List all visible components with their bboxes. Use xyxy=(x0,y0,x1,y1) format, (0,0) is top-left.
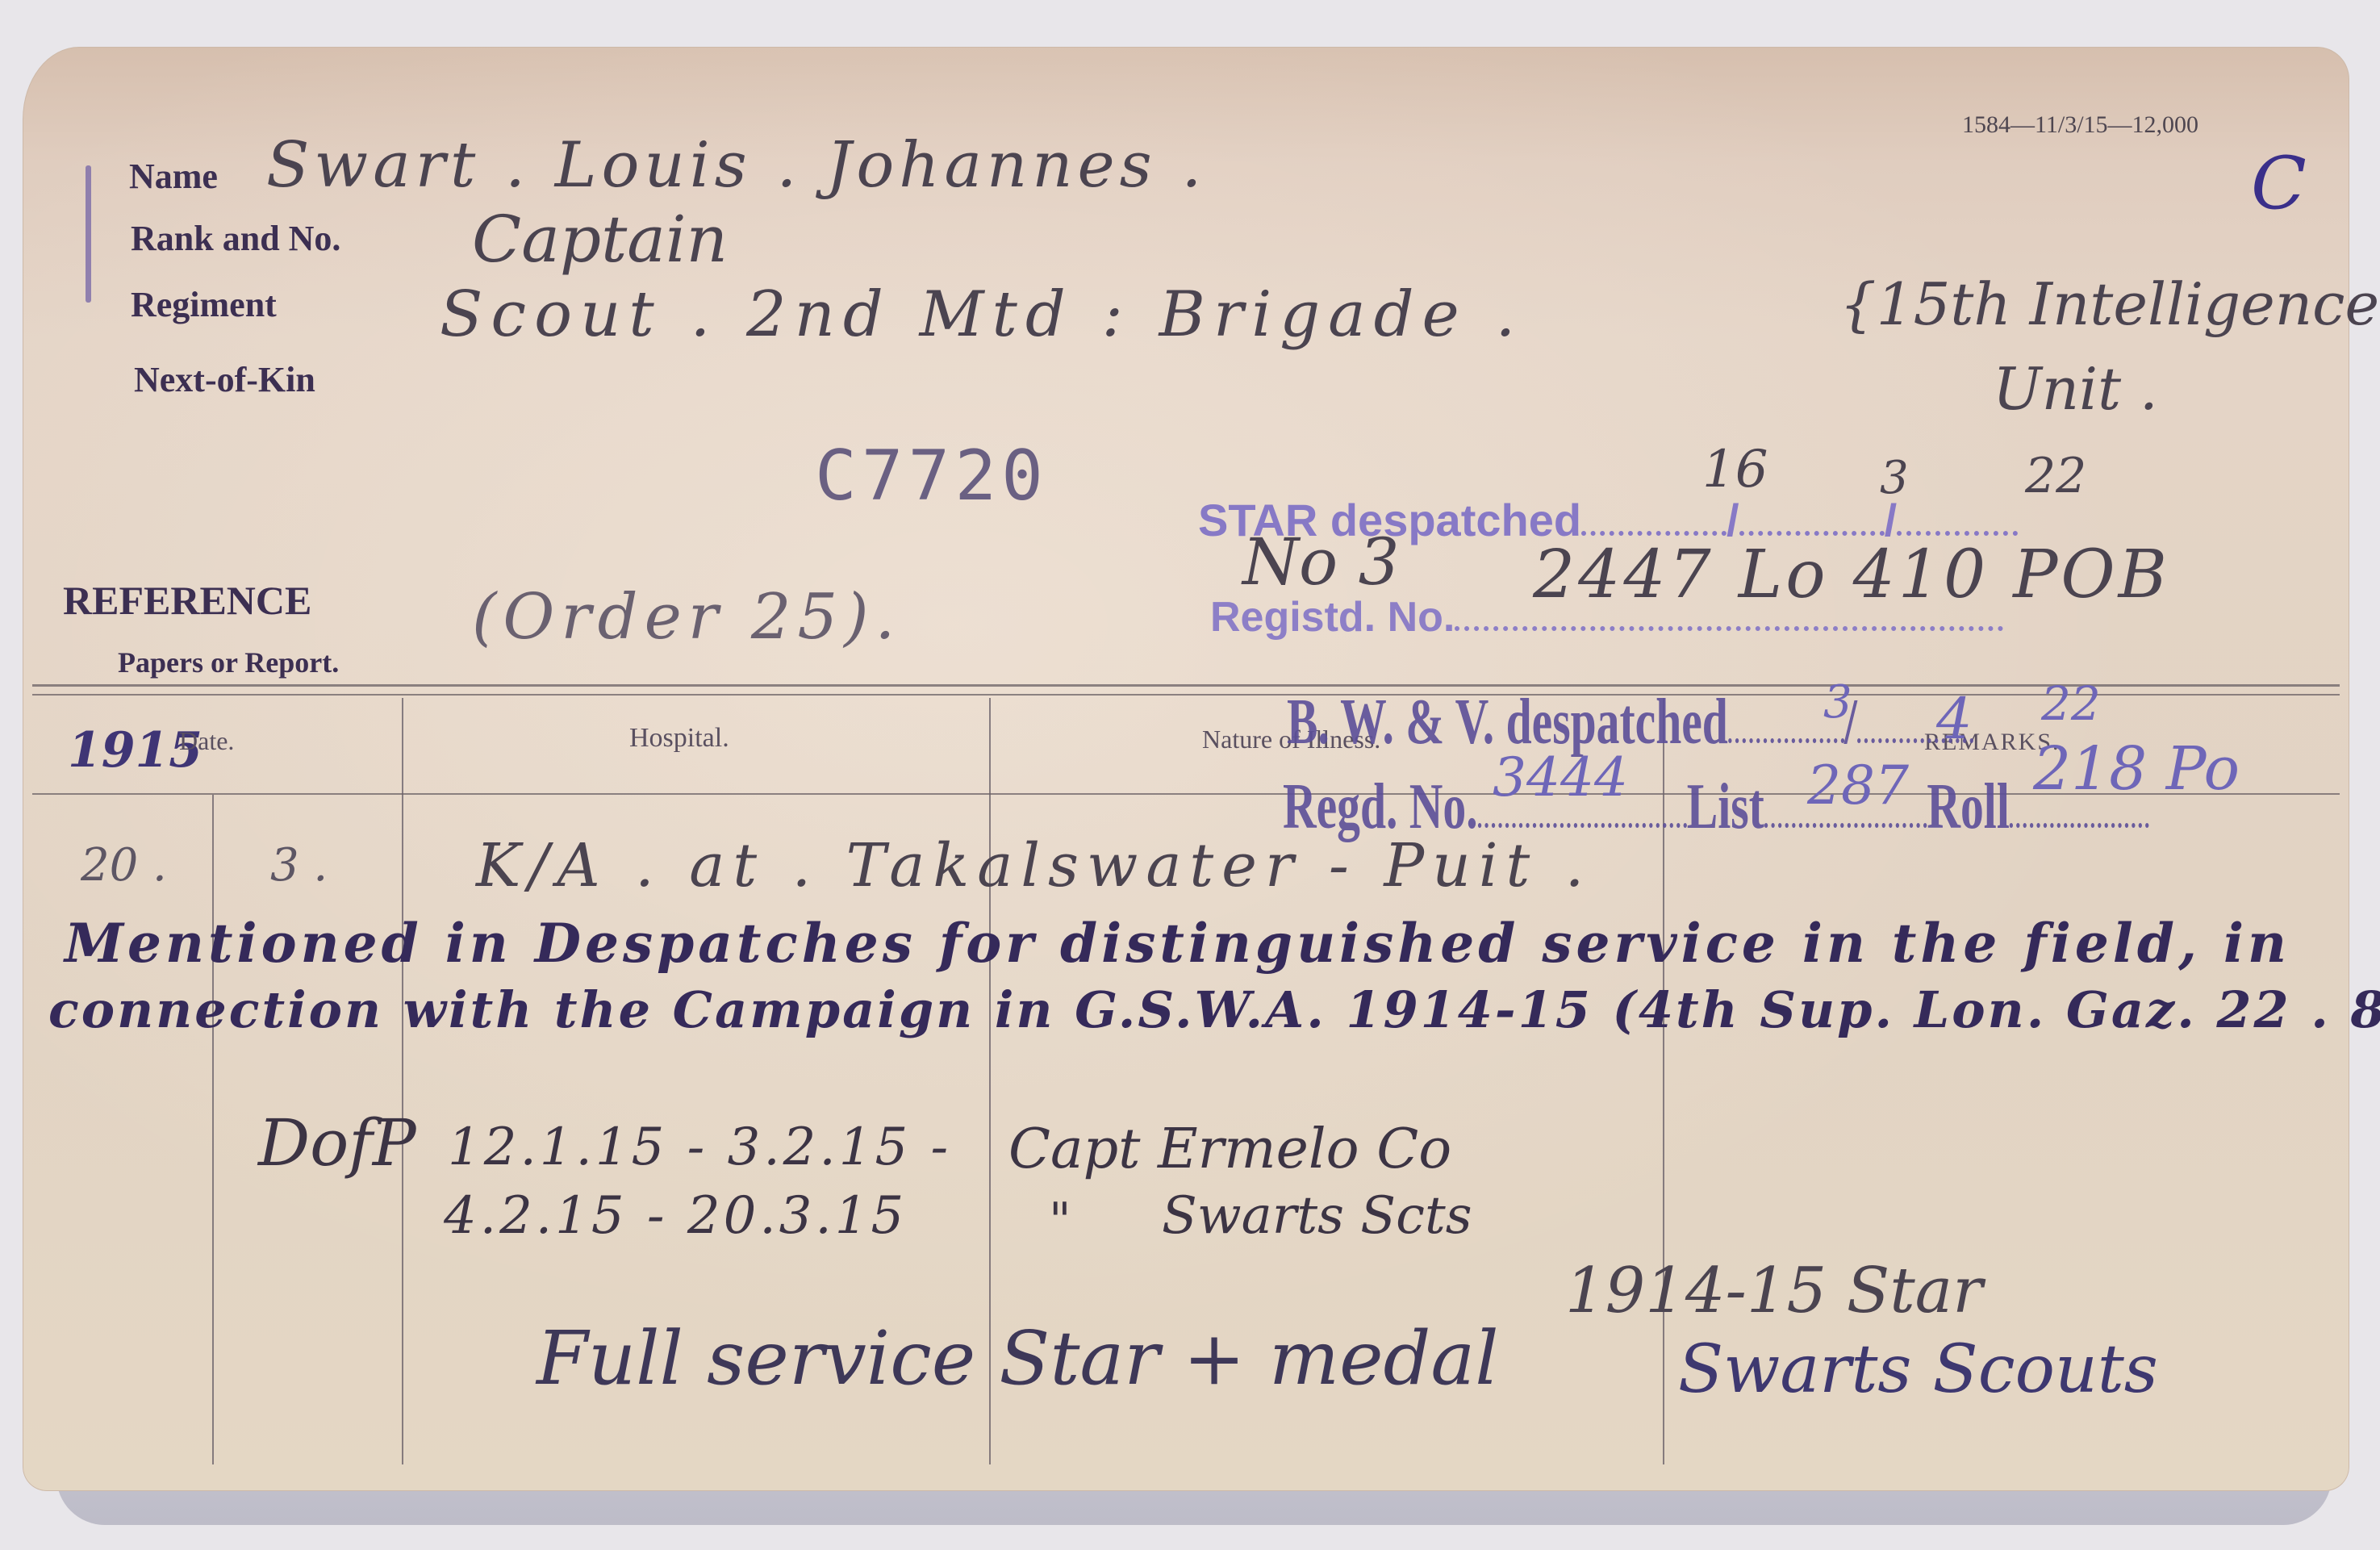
regiment-note-line1: {15th Intelligence xyxy=(1839,270,2379,338)
bwv-despatched-stamp: B. W. & V. despatched/ xyxy=(1287,686,1973,759)
rank-label: Rank and No. xyxy=(131,218,340,259)
margin-ink-line xyxy=(86,165,91,303)
bwv-roll-label: Roll xyxy=(1927,771,2009,842)
regiment-value: Scout . 2nd Mtd : Brigade . xyxy=(440,278,1523,351)
section-divider-bottom xyxy=(32,694,2340,696)
registd-value: 2447 Lo 410 POB xyxy=(1533,537,2170,613)
bwv-list-value: 287 xyxy=(1807,754,1909,817)
service2-ditto: " xyxy=(1049,1193,1071,1249)
service2-dates: 4.2.15 - 20.3.15 xyxy=(444,1186,907,1246)
regiment-label: Regiment xyxy=(131,284,277,325)
award-line: Full service Star + medal xyxy=(537,1315,1499,1402)
star-despatched-month: 3 xyxy=(1880,452,1909,504)
service2-unit: Swarts Scts xyxy=(1162,1186,1472,1246)
star-despatched-year: 22 xyxy=(2025,448,2086,504)
reference-value: (Order 25). xyxy=(472,581,901,654)
bwv-despatched-day: 3 xyxy=(1823,676,1852,729)
form-code: 1584—11/3/15—12,000 xyxy=(1962,111,2198,139)
bwv-despatched-month: 4 xyxy=(1936,686,1973,752)
header-date: Date. xyxy=(179,726,234,756)
dof-label: DofP xyxy=(258,1105,416,1180)
corner-mark: C xyxy=(2251,141,2307,226)
name-value: Swart . Louis . Johannes . xyxy=(266,129,1206,202)
reference-sublabel: Papers or Report. xyxy=(118,645,339,679)
registd-label: Registd. No. xyxy=(1210,594,1455,641)
unit-line: Swarts Scouts xyxy=(1678,1331,2158,1408)
row-month: 3 . xyxy=(270,839,328,892)
row-entry: K/A . at . Takalswater - Puit . xyxy=(476,831,1592,900)
bwv-regd-value: 3444 xyxy=(1493,746,1628,808)
bwv-list-label: List xyxy=(1687,771,1764,842)
service1-dates: 12.1.15 - 3.2.15 - xyxy=(448,1118,951,1177)
column-divider-date-day xyxy=(212,795,214,1464)
bwv-roll-value: 218 Po xyxy=(2033,734,2240,804)
reference-label: REFERENCE xyxy=(63,577,311,624)
bwv-despatched-year: 22 xyxy=(2041,676,2101,731)
next-of-kin-label: Next-of-Kin xyxy=(134,359,315,400)
section-divider-top xyxy=(32,684,2340,687)
regiment-note-line2: Unit . xyxy=(1993,355,2158,423)
row-day: 20 . xyxy=(81,839,167,892)
rank-value: Captain xyxy=(472,202,728,277)
star-despatched-day: 16 xyxy=(1702,440,1768,499)
mid-note-line1: Mentioned in Despatches for distinguishe… xyxy=(65,912,2290,975)
header-hospital: Hospital. xyxy=(629,723,729,754)
service1-unit: Capt Ermelo Co xyxy=(1008,1118,1451,1181)
name-label: Name xyxy=(129,156,218,197)
stamp-number: C7720 xyxy=(815,436,1048,516)
mid-note-line2: connection with the Campaign in G.S.W.A.… xyxy=(48,980,2380,1039)
registd-no-prefix: No 3 xyxy=(1242,524,1400,600)
medal-index-card xyxy=(23,47,2349,1491)
column-divider-date xyxy=(402,698,403,1464)
star-line: 1914-15 Star xyxy=(1565,1255,1982,1327)
